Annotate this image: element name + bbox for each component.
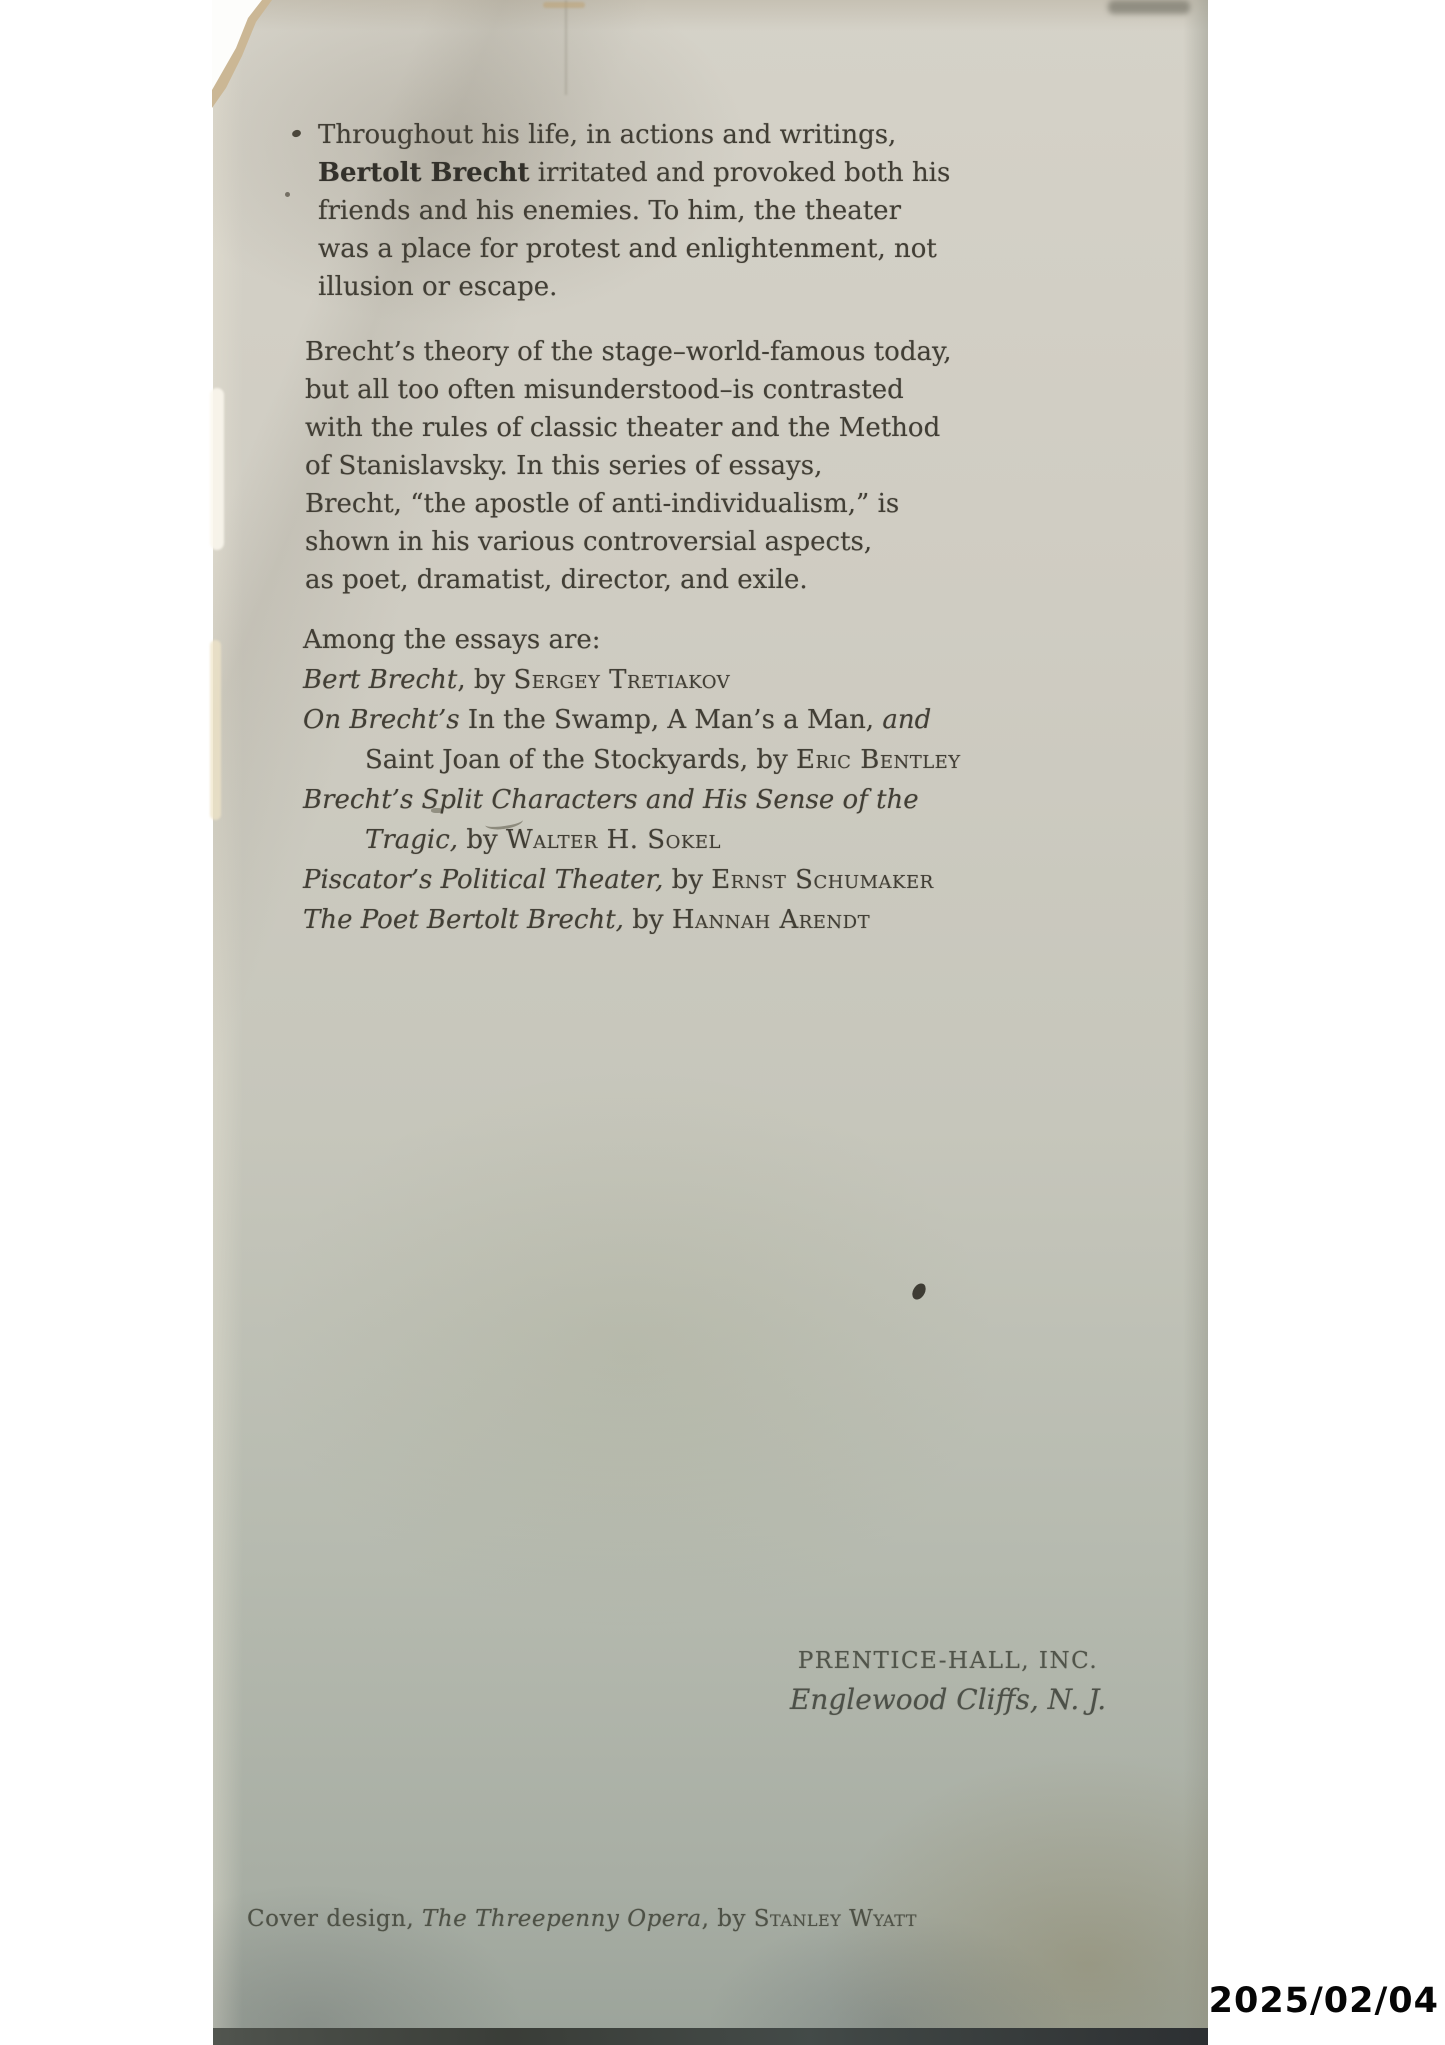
- date-stamp: 2025/02/04: [1209, 1981, 1439, 2021]
- paper-crease: [565, 0, 567, 95]
- blurb-line: shown in his various controversial aspec…: [305, 523, 951, 561]
- opera-title: The Threepenny Opera: [422, 1906, 702, 1932]
- left-edge-wear: [210, 640, 221, 820]
- blurb-line: Brecht’s theory of the stage–world-famou…: [305, 333, 951, 371]
- designer-name: Stanley Wyatt: [754, 1906, 917, 1932]
- smudge: [1108, 0, 1190, 14]
- essay-item: Bert Brecht, by Sergey Tretiakov: [303, 660, 961, 700]
- essay-item: Brecht’s Split Characters and His Sense …: [303, 780, 961, 820]
- photographed-book-back-cover-page: Throughout his life, in actions and writ…: [0, 0, 1445, 2045]
- essay-author: Sergey Tretiakov: [513, 665, 730, 695]
- blurb-line: Bertolt Brecht irritated and provoked bo…: [318, 154, 950, 192]
- essay-title: The Poet Bertolt Brecht,: [303, 905, 632, 935]
- blurb-line: Brecht, “the apostle of anti-individuali…: [305, 485, 951, 523]
- blurb-line: but all too often misunderstood–is contr…: [305, 371, 951, 409]
- blurb-line: Throughout his life, in actions and writ…: [318, 116, 950, 154]
- essay-title: On Brecht’s: [303, 705, 468, 735]
- blurb-paragraph-2: Brecht’s theory of the stage–world-famou…: [305, 333, 951, 599]
- ink-mark: [911, 1282, 928, 1302]
- ink-speck: [291, 129, 302, 139]
- essay-title: Brecht’s Split Characters and His Sense …: [303, 785, 919, 815]
- essay-author: Eric Bentley: [796, 745, 961, 775]
- essay-author: Ernst Schumaker: [711, 865, 933, 895]
- essay-title: Tragic,: [365, 825, 466, 855]
- essay-list: Bert Brecht, by Sergey Tretiakov On Brec…: [303, 660, 961, 940]
- blurb-line: friends and his enemies. To him, the the…: [318, 192, 950, 230]
- publisher-name: PRENTICE-HALL, INC.: [733, 1648, 1163, 1674]
- photo-bottom-edge: [213, 2028, 1208, 2045]
- author-name-bold: Bertolt Brecht: [318, 158, 529, 188]
- essay-item: The Poet Bertolt Brecht, by Hannah Arend…: [303, 900, 961, 940]
- blurb-paragraph-1: Throughout his life, in actions and writ…: [318, 116, 950, 306]
- blurb-line: was a place for protest and enlightenmen…: [318, 230, 950, 268]
- essay-item: Piscator’s Political Theater, by Ernst S…: [303, 860, 961, 900]
- essays-heading: Among the essays are:: [303, 621, 601, 659]
- essay-item: On Brecht’s In the Swamp, A Man’s a Man,…: [303, 700, 961, 740]
- essay-item-continuation: Saint Joan of the Stockyards, by Eric Be…: [303, 740, 961, 780]
- book-cover-photo: Throughout his life, in actions and writ…: [213, 0, 1208, 2045]
- blurb-line: with the rules of classic theater and th…: [305, 409, 951, 447]
- cover-design-credit: Cover design, The Threepenny Opera, by S…: [247, 1906, 917, 1932]
- blurb-line: of Stanislavsky. In this series of essay…: [305, 447, 951, 485]
- publisher-block: PRENTICE-HALL, INC. Englewood Cliffs, N.…: [733, 1648, 1163, 1716]
- left-edge-wear: [210, 388, 224, 550]
- publisher-location: Englewood Cliffs, N. J.: [733, 1683, 1163, 1716]
- stain-mark: [543, 2, 585, 8]
- essay-title: Piscator’s Political Theater,: [303, 865, 672, 895]
- ink-speck: [285, 192, 290, 197]
- essay-author: Hannah Arendt: [672, 905, 870, 935]
- essay-title: Bert Brecht: [303, 665, 457, 695]
- essay-item-continuation: Tragic, by Walter H. Sokel: [303, 820, 961, 860]
- blurb-line: as poet, dramatist, director, and exile.: [305, 561, 951, 599]
- essay-author: Walter H. Sokel: [506, 825, 721, 855]
- blurb-line: illusion or escape.: [318, 268, 950, 306]
